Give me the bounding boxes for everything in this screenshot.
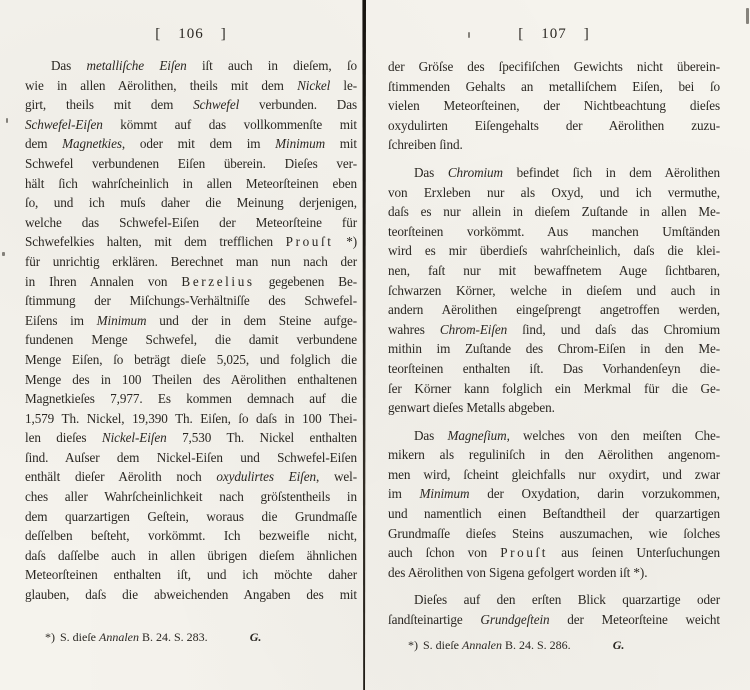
text-line: ſtimmung der Miſchungs-Verhältniſſe des … [25, 291, 357, 311]
header-bracket-open: [ [155, 26, 161, 42]
text-line: fundenen Menge Schwefel, die damit verbu… [25, 330, 357, 350]
text-line: hält ſich wahrſcheinlich in allen Meteor… [25, 174, 357, 194]
text-line: Schwefel-Eiſen kömmt auf das vollkommenſ… [25, 115, 357, 135]
text-line: von Erxleben nur als Oxyd, und ich vermu… [388, 183, 720, 203]
text-line: ſo, und ich muſs daher die Meinung derje… [25, 193, 357, 213]
text-line: ſandſteinartige Grundgeſtein der Meteorſ… [388, 610, 720, 630]
text-line: Das metalliſche Eiſen iſt auch in dieſem… [25, 56, 357, 76]
text-line: daſs es nur allein in dieſem Zuſtande in… [388, 202, 720, 222]
text-line: Das Magneſium, welches von den meiſten C… [388, 426, 720, 446]
text-line: nen, faſt nur mit bewaffnetem Auge ſicht… [388, 261, 720, 281]
text-line: 1,579 Th. Nickel, 19,390 Th. Eiſen, ſo d… [25, 409, 357, 429]
header-bracket-open: [ [518, 26, 524, 42]
text-line: Schwefel verbundenen Eiſen überein. Dieſ… [25, 154, 357, 174]
page-header-106: [106] [25, 26, 357, 43]
text-line: deſſelben beſteht, vorkömmt. Ich bezweif… [25, 526, 357, 546]
paragraph: Das Chromium befindet ſich in dem Aëroli… [388, 163, 720, 418]
page-number: 106 [178, 26, 204, 43]
footnote-signature: G. [613, 638, 625, 652]
footnote-text: S. dieſe Annalen B. 24. S. 286. [423, 638, 571, 652]
header-bracket-close: ] [584, 26, 590, 42]
footnote: *)S. dieſe Annalen B. 24. S. 286.G. [388, 638, 740, 653]
text-line: mikern als reguliniſch in den Aërolithen… [388, 445, 720, 465]
text-line: wahres Chrom-Eiſen ſind, und daſs das Ch… [388, 320, 720, 340]
text-line: teorſteinen enthalten iſt. Das Vorhanden… [388, 359, 720, 379]
text-line: Das Chromium befindet ſich in dem Aëroli… [388, 163, 720, 183]
text-line: Magnetkieſes 7,977. Es kommen demnach au… [25, 389, 357, 409]
text-line: Eiſens im Minimum und der in dem Steine … [25, 311, 357, 331]
scan-speck [2, 252, 5, 256]
text-line: im Minimum der Oxydation, darin vorzukom… [388, 484, 720, 504]
page-body: Das metalliſche Eiſen iſt auch in dieſem… [25, 56, 357, 605]
text-line: ſchwarzen Körner, welche in dieſem und a… [388, 281, 720, 301]
text-line: dem quarzartigen Geſtein, woraus die Gru… [25, 507, 357, 527]
paragraph: Das Magneſium, welches von den meiſten C… [388, 426, 720, 583]
scan-speck [6, 118, 8, 123]
text-line: des Aërolithen von Sigena gefolgert word… [388, 563, 720, 583]
text-line: Meteorſteinen enthalten iſt, und ich möc… [25, 565, 357, 585]
text-line: vielen Meteorſteinen, der Nichtbeachtung… [388, 96, 720, 116]
paragraph: Das metalliſche Eiſen iſt auch in dieſem… [25, 56, 357, 605]
footnote-signature: G. [250, 630, 262, 644]
text-line: mithin im Zuſtande des Chrom-Eiſen in de… [388, 339, 720, 359]
text-line: Dieſes auf den erſten Blick quarzartige … [388, 590, 720, 610]
text-line: len dieſes Nickel-Eiſen 7,530 Th. Nickel… [25, 428, 357, 448]
text-line: wie in allen Aërolithen, theils mit dem … [25, 76, 357, 96]
text-line: andern Aërolithen eingeſprengt angetroff… [388, 300, 720, 320]
book-gutter-line [362, 0, 366, 690]
footnote-marker: *) [408, 638, 418, 652]
text-line: men wird, ſcheint gleichfalls nur oxydir… [388, 465, 720, 485]
text-line: dem Magnetkies, oder mit dem im Minimum … [25, 134, 357, 154]
text-line: Schwefelkies halten, mit dem trefflichen… [25, 232, 357, 252]
header-bracket-close: ] [221, 26, 227, 42]
text-line: genwart dieſes Metalls abgeben. [388, 398, 720, 418]
text-line: auch ſchon von Prouſt aus ſeinen Unterſu… [388, 543, 720, 563]
scan-speck [468, 32, 470, 38]
text-line: welche das Schwefel-Eiſen der Meteorſtei… [25, 213, 357, 233]
text-line: ſchreiben ſind. [388, 135, 720, 155]
footnote-text: S. dieſe Annalen B. 24. S. 283. [60, 630, 208, 644]
text-line: Menge Eiſen, ſo beträgt dieſe 5,025, und… [25, 350, 357, 370]
footnote-marker: *) [45, 630, 55, 644]
page-number: 107 [541, 26, 567, 43]
footnote: *)S. dieſe Annalen B. 24. S. 283.G. [25, 630, 377, 645]
text-line: für unrichtig erklären. Berechnet man nu… [25, 252, 357, 272]
text-line: teorſteinen vorkömmt. Aus manchen Umſtän… [388, 222, 720, 242]
text-line: glauben, daſs die abweichenden Angaben d… [25, 585, 357, 605]
page-107: [107] der Gröſse des ſpecifiſchen Gewich… [388, 0, 720, 690]
text-line: Grundmaſſe dieſes Steins auszumachen, wi… [388, 524, 720, 544]
text-line: oxydulirten Eiſengehalts der Aërolithen … [388, 116, 720, 136]
text-line: girt, theils mit dem Schwefel verbunden.… [25, 95, 357, 115]
scan-speck [746, 8, 749, 24]
page-body: der Gröſse des ſpecifiſchen Gewichts nic… [388, 57, 720, 630]
text-line: in Ihren Annalen von Berzelius gegebenen… [25, 272, 357, 292]
text-line: ſtimmenden Gehalts an metalliſchem Eiſen… [388, 77, 720, 97]
text-line: Menge des in 100 Theilen des Aërolithen … [25, 370, 357, 390]
paragraph: der Gröſse des ſpecifiſchen Gewichts nic… [388, 57, 720, 155]
scanned-book-spread: [106] Das metalliſche Eiſen iſt auch in … [0, 0, 750, 690]
paragraph: Dieſes auf den erſten Blick quarzartige … [388, 590, 720, 629]
text-line: und namentlich einen Beſtandtheil der qu… [388, 504, 720, 524]
text-line: ſer Körner kann folglich ein Merkmal für… [388, 379, 720, 399]
text-line: ches aller Wahrſcheinlichkeit nach gröſs… [25, 487, 357, 507]
text-line: enthält dieſer Aërolith noch oxydulirtes… [25, 467, 357, 487]
text-line: der Gröſse des ſpecifiſchen Gewichts nic… [388, 57, 720, 77]
page-106: [106] Das metalliſche Eiſen iſt auch in … [25, 0, 357, 690]
text-line: wird es mir überdieſs wahrſcheinlich, da… [388, 241, 720, 261]
page-header-107: [107] [388, 26, 720, 43]
text-line: ſind. Auſser dem Nickel-Eiſen und Schwef… [25, 448, 357, 468]
text-line: daſs daſſelbe auch in allen übrigen dieſ… [25, 546, 357, 566]
